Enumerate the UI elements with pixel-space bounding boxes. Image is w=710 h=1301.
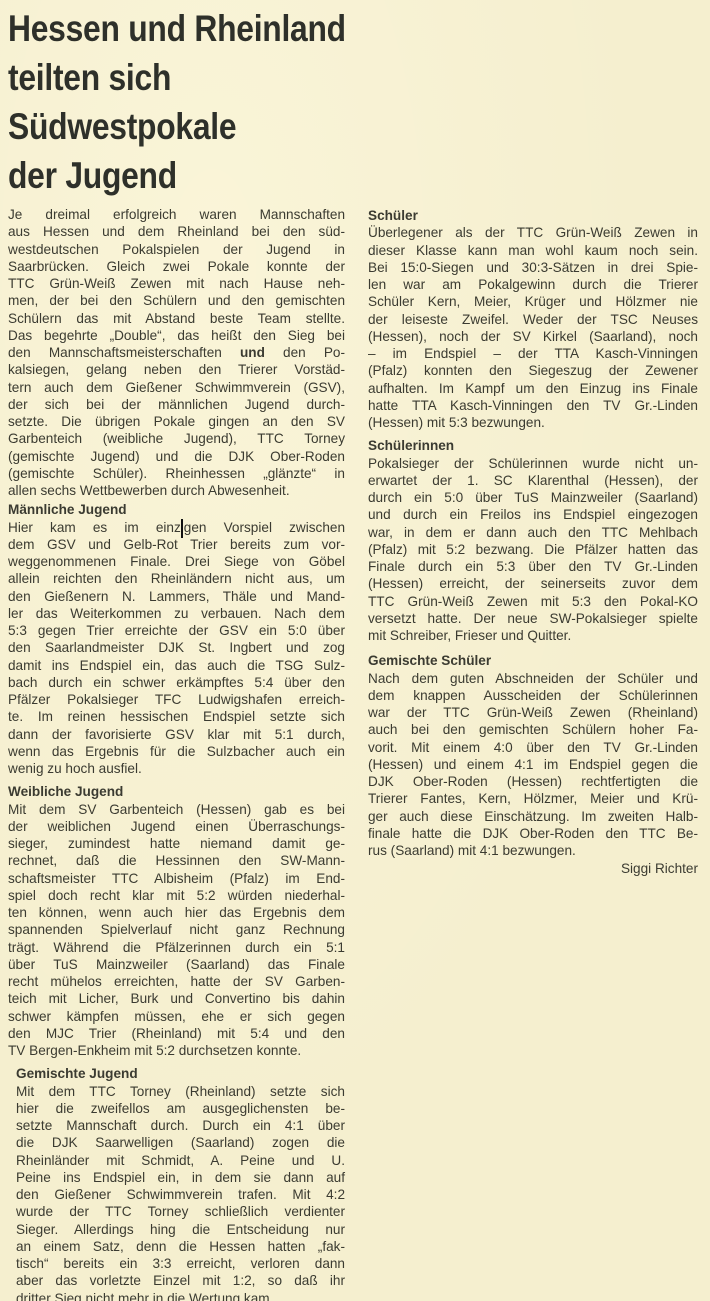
newspaper-page: Hessen und Rheinland teilten sich Südwes… (0, 0, 710, 1301)
intro-paragraph: Je dreimal erfolgreich waren Mannschafte… (8, 206, 345, 499)
text-line: (Hessen) und einem 4:1 im Endspiel gegen… (368, 756, 698, 773)
text-line: Finale durch ein 5:3 über den TV Gr.-Lin… (368, 558, 698, 575)
text-line: Je dreimal erfolgreich waren Mannschafte… (8, 206, 345, 223)
text-line: Das begehrte „Double“, das heißt den Sie… (8, 327, 345, 344)
text-line: vorit. Mit einem 4:0 über den TV Gr.-Lin… (368, 739, 698, 756)
text-line: TTC Grün-Weiß Zewen mit 5:3 den Pokal-KO (368, 593, 698, 610)
text-line: setzte Mannschaft durch. Durch ein 4:1 ü… (16, 1117, 345, 1134)
author-signature: Siggi Richter (368, 860, 698, 877)
text-line: aufhalten. Im Kampf um den Einzug ins Fi… (368, 380, 698, 397)
section-heading-schuelerinnen: Schülerinnen (368, 437, 698, 454)
article-headline: Hessen und Rheinland teilten sich Südwes… (8, 4, 305, 200)
text-line: rechnet, daß die Hessinnen den SW-Mann- (8, 852, 345, 869)
text-line: Garbenteich (weibliche Jugend), TTC Torn… (8, 430, 345, 447)
text-line: tisch“ bereits ein 3:3 erreicht, verlore… (16, 1255, 345, 1272)
text-line: Mit dem TTC Torney (Rheinland) setzte si… (16, 1083, 345, 1100)
text-line: versetzt hatte. Der neue SW-Pokalsieger … (368, 610, 698, 627)
text-line: teich mit Licher, Burk und Convertino bi… (8, 990, 345, 1007)
text-line: dieser Klasse kann man wohl kaum noch se… (368, 242, 698, 259)
text-cursor (181, 519, 183, 538)
text-line: schaftsmeister TTC Albisheim (Pfalz) im … (8, 870, 345, 887)
text-line: den Saarlandmeister DJK St. Ingbert und … (8, 639, 345, 656)
text-line: (Hessen) mit 5:3 bezwungen. (368, 414, 698, 431)
text-line: te. Im reinen hessischen Endspiel setzte… (8, 708, 345, 725)
text-line: durch ein 5:0 über TuS Mainzweiler (Saar… (368, 489, 698, 506)
text-line: damit ins Endspiel ein, das auch die TSG… (8, 657, 345, 674)
text-line: (Hessen) erreicht, der seinerseits zuvor… (368, 575, 698, 592)
text-line: kalsiegen, gelang neben den Trierer Vors… (8, 361, 345, 378)
text-line: len war am Pokalgewinn durch die Trierer (368, 276, 698, 293)
text-line: sieger, zumindest hatte niemand damit ge… (8, 835, 345, 852)
text-line: allein reichten den Rheinländern nicht a… (8, 570, 345, 587)
text-line: und durch ein Freilos ins Endspiel einge… (368, 506, 698, 523)
text-line: wenn das Ergebnis für die Sulzbacher auc… (8, 743, 345, 760)
text-line: Peine ins Endspiel ein, in dem sie dann … (16, 1169, 345, 1186)
text-line: (Pfalz) konnten den Siegeszug der Zewene… (368, 362, 698, 379)
text-line: Hier kam es im einzigen Vorspiel zwische… (8, 519, 345, 536)
text-line: den MJC Trier (Rheinland) mit 5:4 und de… (8, 1025, 345, 1042)
text-line: Nach dem guten Abschneiden der Schüler u… (368, 670, 698, 687)
text-line: westdeutschen Pokalspielen der Jugend in (8, 241, 345, 258)
text-line: der leiseste Zweifel. Weder der TSC Neus… (368, 311, 698, 328)
text-line: die DJK Saarwelligen (Saarland) zogen di… (16, 1134, 345, 1151)
section-heading-gemischte-schueler: Gemischte Schüler (368, 652, 698, 669)
text-line: Mit dem SV Garbenteich (Hessen) gab es b… (8, 801, 345, 818)
text-line: dem knappen Ausscheiden der Schülerinnen (368, 687, 698, 704)
text-line: hatte TTA Kasch-Vinningen den TV Gr.-Lin… (368, 397, 698, 414)
text-line: allen sechs Wettbewerben durch Abwesenhe… (8, 482, 345, 499)
right-column: Schüler Überlegener als der TTC Grün-Wei… (368, 207, 698, 878)
paragraph-gemischte-jugend: Mit dem TTC Torney (Rheinland) setzte si… (16, 1083, 345, 1301)
text-line: trägt. Während die Pfälzerinnen durch ei… (8, 939, 345, 956)
text-line: ler das Weiterkommen zu verbauen. Nach d… (8, 605, 345, 622)
text-line: der weiblichen Jugend einen Überraschung… (8, 818, 345, 835)
text-line: setzte. Die übrigen Pokale gingen an den… (8, 413, 345, 430)
text-line: DJK Ober-Roden (Hessen) rechtfertigten d… (368, 773, 698, 790)
left-column: Je dreimal erfolgreich waren Mannschafte… (8, 206, 345, 1301)
text-line: Schüler Kern, Meier, Krüger und Hölzmer … (368, 293, 698, 310)
text-line: weggenommenen Finale. Drei Siege von Göb… (8, 553, 345, 570)
text-line: dann der favorisierte GSV klar mit 5:1 d… (8, 726, 345, 743)
text-line: rus (Saarland) mit 4:1 bezwungen. (368, 842, 698, 859)
text-line: über TuS Mainzweiler (Saarland) das Fina… (8, 956, 345, 973)
text-line: den Mannschaftsmeisterschaften und den P… (8, 344, 345, 361)
paragraph-gemischte-schueler: Nach dem guten Abschneiden der Schüler u… (368, 670, 698, 860)
text-line: an einem Satz, denn die Hessen hatten „f… (16, 1238, 345, 1255)
text-line: Sieger. Allerdings hing die Entscheidung… (16, 1221, 345, 1238)
text-line: 5:3 gegen Trier erreichte der GSV ein 5:… (8, 622, 345, 639)
text-line: dem GSV und Gelb-Rot Trier bereits zum v… (8, 536, 345, 553)
text-line: Pfälzer Pokalsieger TFC Ludwigshafen err… (8, 691, 345, 708)
text-line: Rheinländer mit Schmidt, A. Peine und U. (16, 1152, 345, 1169)
headline-line: Hessen und Rheinland (8, 4, 305, 53)
text-line: TTC Grün-Weiß Zewen mit nach Hause neh- (8, 275, 345, 292)
text-line: men, der bei den Schülern und den gemisc… (8, 292, 345, 309)
headline-line: teilten sich (8, 53, 305, 102)
headline-line: Südwestpokale (8, 102, 305, 151)
text-line: TV Bergen-Enkheim mit 5:2 durchsetzen ko… (8, 1042, 345, 1059)
paragraph-maennliche-jugend: Hier kam es im einzigen Vorspiel zwische… (8, 519, 345, 778)
paragraph-weibliche-jugend: Mit dem SV Garbenteich (Hessen) gab es b… (8, 801, 345, 1060)
text-line: Saarbrücken. Gleich zwei Pokale konnte d… (8, 258, 345, 275)
text-line: spiel doch recht klar mit 5:2 würden nie… (8, 887, 345, 904)
section-heading-schueler: Schüler (368, 207, 698, 224)
text-line: dritter Sieg nicht mehr in die Wertung k… (16, 1290, 345, 1301)
text-line: auch bei den gemischten Schülern hoher F… (368, 721, 698, 738)
text-line: mit Schreiber, Frieser und Quitter. (368, 627, 698, 644)
text-line: war der TTC Grün-Weiß Zewen (Rheinland) (368, 704, 698, 721)
text-line: ten können, wenn auch hier das Ergebnis … (8, 904, 345, 921)
text-line: wenig zu hoch ausfiel. (8, 760, 345, 777)
text-line: war, in dem er dann auch den TTC Mehlbac… (368, 524, 698, 541)
text-line: schwer kämpfen müssen, ehe er sich gegen (8, 1008, 345, 1025)
text-line: finale hatte die DJK Ober-Roden den TTC … (368, 825, 698, 842)
text-line: bach durch ein schwer erkämpftes 5:4 übe… (8, 674, 345, 691)
text-line: ger auch diese Einschätzung. Im zweiten … (368, 808, 698, 825)
text-line: recht mühelos erreichten, hatte der SV G… (8, 973, 345, 990)
section-heading-weibliche-jugend: Weibliche Jugend (8, 783, 345, 800)
text-line: aus Hessen und dem Rheinland bei den süd… (8, 223, 345, 240)
text-line: (Hessen), noch der SV Kirkel (Saarland),… (368, 328, 698, 345)
text-line: Schülern das mit Abstand beste Team stel… (8, 310, 345, 327)
text-line: Bei 15:0-Siegen und 30:3-Sätzen in drei … (368, 259, 698, 276)
headline-line: der Jugend (8, 151, 305, 200)
text-line: (gemischte Jugend) und die DJK Ober-Rode… (8, 448, 345, 465)
text-line: (Pfalz) mit 5:2 bezwang. Die Pfälzer hat… (368, 541, 698, 558)
text-line: erwartet der 1. SC Klarenthal (Hessen), … (368, 472, 698, 489)
text-line: Überlegener als der TTC Grün-Weiß Zewen … (368, 224, 698, 241)
text-line: den Gießenern N. Lammers, Thäle und Mand… (8, 588, 345, 605)
text-line: hier die zweifellos am ausgeglichensten … (16, 1100, 345, 1117)
text-line: Trierer Fantes, Kern, Hölzmer, Meier und… (368, 790, 698, 807)
text-line: spannenden Spielverlauf nicht ganz Rechn… (8, 921, 345, 938)
text-line: Pokalsieger der Schülerinnen wurde nicht… (368, 455, 698, 472)
text-line: (gemischte Schüler). Rheinhessen „glänzt… (8, 465, 345, 482)
paragraph-schueler: Überlegener als der TTC Grün-Weiß Zewen … (368, 224, 698, 431)
section-heading-maennliche-jugend: Männliche Jugend (8, 501, 345, 518)
text-line: aber das vorletzte Einzel mit 1:2, so da… (16, 1272, 345, 1289)
paragraph-schuelerinnen: Pokalsieger der Schülerinnen wurde nicht… (368, 455, 698, 645)
section-heading-gemischte-jugend: Gemischte Jugend (16, 1065, 345, 1082)
text-line: tern auch dem Gießener Schwimmverein (GS… (8, 379, 345, 396)
text-line: den Gießener Schwimmverein trafen. Mit 4… (16, 1186, 345, 1203)
text-line: wurde der TTC Torney schließlich verdien… (16, 1203, 345, 1220)
text-line: – im Endspiel – der TTA Kasch-Vinningen (368, 345, 698, 362)
text-line: der sich bei der männlichen Jugend durch… (8, 396, 345, 413)
